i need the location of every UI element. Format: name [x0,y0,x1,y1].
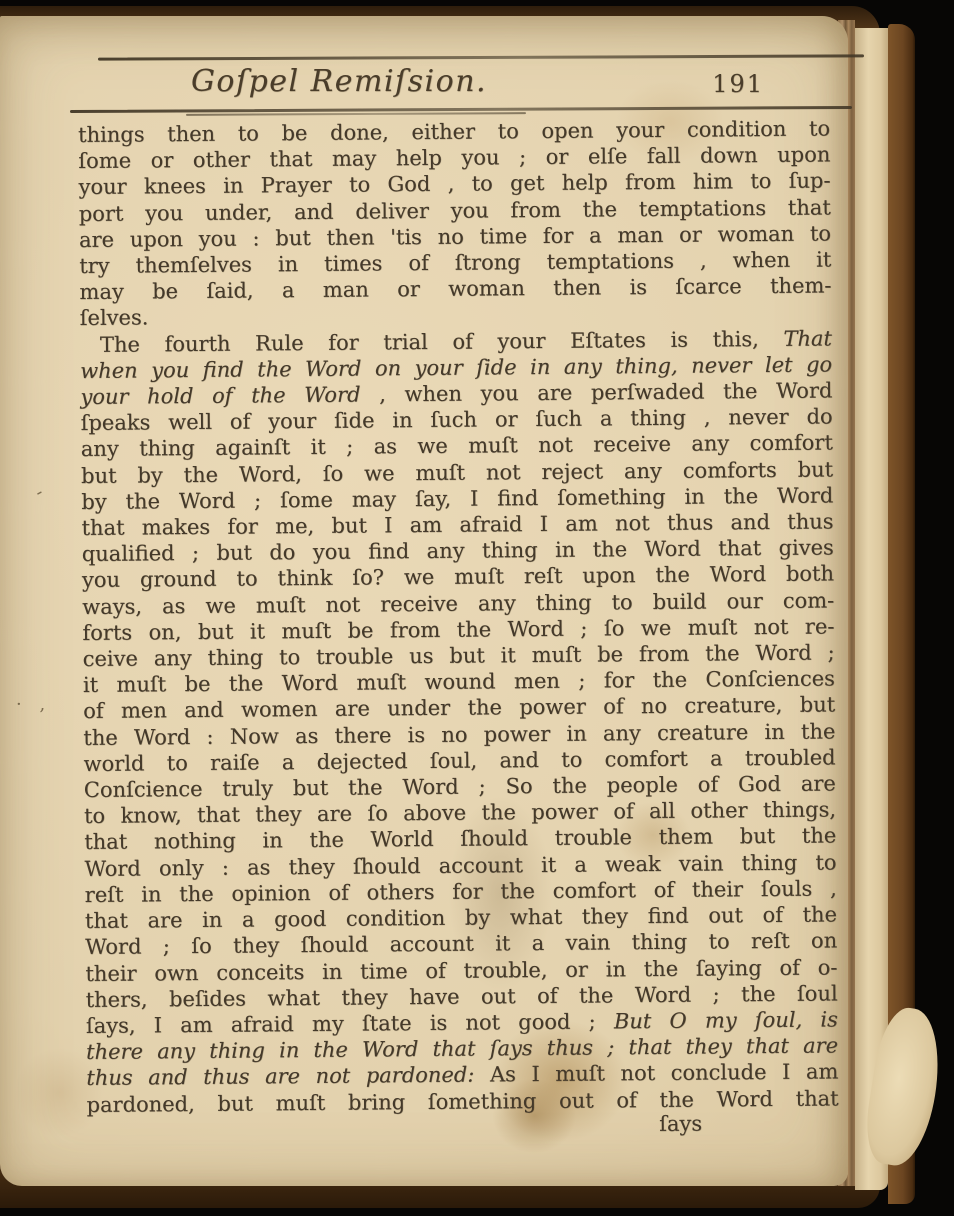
running-header: Goſpel Remiſsion. 191 [0,64,738,106]
header-rule-top [98,54,864,60]
catchword: ſays [78,1110,830,1141]
header-rule-bottom-double [186,112,526,116]
photo-backdrop: Goſpel Remiſsion. 191 things then to be … [0,0,954,1216]
book-fore-edge-pages [855,28,888,1190]
page-title: Goſpel Remiſsion. [0,64,708,99]
margin-mark: - [31,482,46,503]
book-page: Goſpel Remiſsion. 191 things then to be … [0,16,848,1186]
page-number: 191 [712,70,764,98]
margin-mark: · , [16,694,51,715]
page-body: things then to be done, either to open y… [78,115,839,1117]
